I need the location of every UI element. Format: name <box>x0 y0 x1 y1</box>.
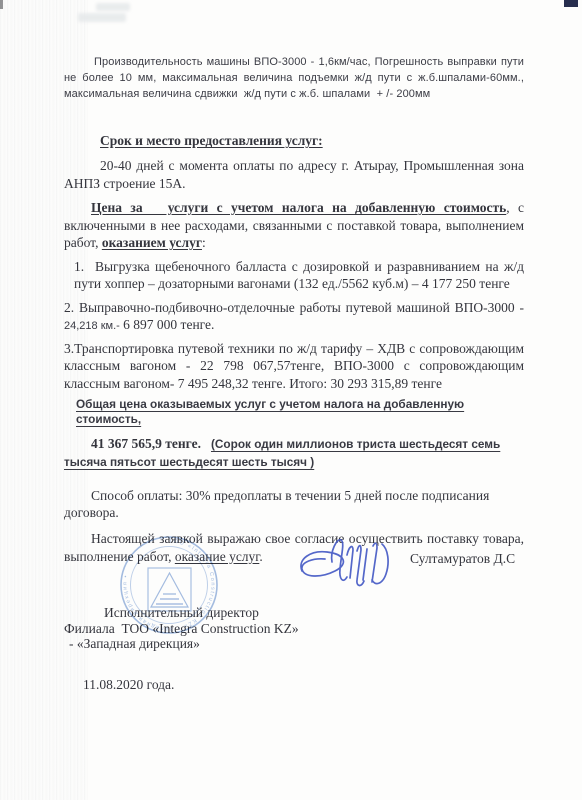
scan-corner-mark-top-left <box>0 0 3 9</box>
price-intro-tail: : <box>202 235 206 250</box>
scan-corner-mark-top-right <box>564 0 578 7</box>
ink-bleedthrough-mark <box>96 3 130 11</box>
document-body: Производительность машины ВПО-3000 - 1,6… <box>0 54 582 693</box>
service-item-1: 1. Выгрузка щебеночного балласта с дозир… <box>64 258 524 293</box>
price-intro-paragraph: Цена за услуги с учетом налога на добавл… <box>64 199 524 252</box>
company-seal-stamp: ТОО «Integra Construction KZ» • Западная… <box>117 533 221 637</box>
scanned-document-page: Производительность машины ВПО-3000 - 1,6… <box>0 0 582 800</box>
stamp-ring-text: ТОО «Integra Construction KZ» • Западная… <box>122 538 215 631</box>
total-price-heading: Общая цена оказываемых услуг с учетом на… <box>76 397 524 427</box>
price-intro-lead: Цена за услуги с учетом налога на добавл… <box>91 200 506 215</box>
service-item-3: 3.Транспортировка путевой техники по ж/д… <box>64 340 524 393</box>
agreement-tail: . <box>259 549 262 564</box>
svg-text:ТОО «Integra Construction KZ»: ТОО «Integra Construction KZ» • Западная… <box>122 538 215 631</box>
service-item-2-tail: 6 897 000 тенге. <box>120 317 215 332</box>
signer-name: Султамуратов Д.С <box>410 551 515 567</box>
terms-heading: Срок и место предоставления услуг: <box>100 132 524 149</box>
document-date: 11.08.2020 года. <box>83 677 524 693</box>
total-amount-number: 41 367 565,9 тенге. <box>91 436 201 451</box>
service-item-2: 2. Выправочно-подбивочно-отделочные рабо… <box>64 299 524 336</box>
handwritten-signature <box>294 531 402 599</box>
service-item-2-lead: 2. Выправочно-подбивочно-отделочные рабо… <box>64 300 524 315</box>
terms-paragraph: 20-40 дней с момента оплаты по адресу г.… <box>64 157 524 192</box>
machine-specs-paragraph: Производительность машины ВПО-3000 - 1,6… <box>64 54 524 102</box>
price-intro-emphasis: оказанием услуг <box>102 235 202 250</box>
signatory-branch-line: - «Западная дирекция» <box>69 636 524 652</box>
total-amount-line: 41 367 565,9 тенге.(Сорок один миллионов… <box>64 435 524 471</box>
payment-terms-paragraph: Способ оплаты: 30% предоплаты в течении … <box>64 487 524 521</box>
service-item-2-metric: 24,218 км.- <box>64 320 120 332</box>
ink-bleedthrough-mark <box>78 13 126 22</box>
